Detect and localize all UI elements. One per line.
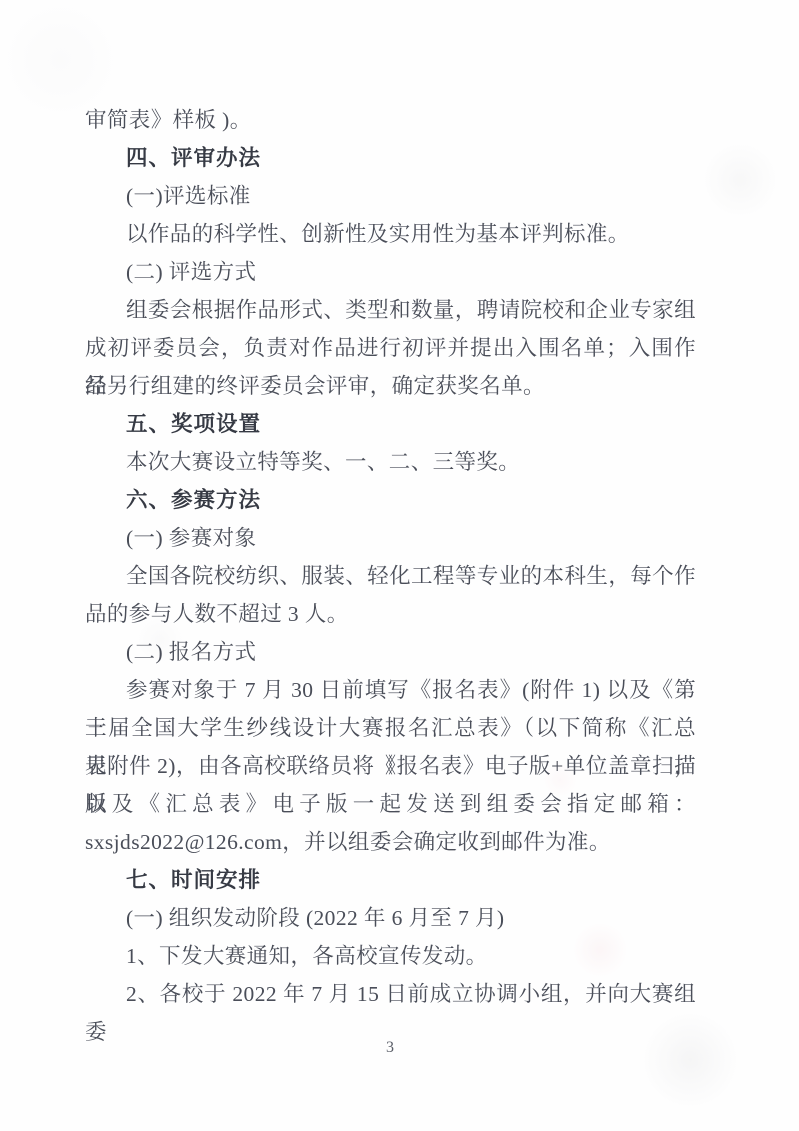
section-heading: 五、奖项设置: [85, 405, 696, 443]
scanned-document-page: 审简表》样板 )。 四、评审办法 (一)评选标准 以作品的科学性、创新性及实用性…: [0, 0, 799, 1131]
sub-heading: (一) 参赛对象: [85, 519, 696, 557]
sub-heading: (二) 报名方式: [85, 633, 696, 671]
text-line-email: sxsjds2022@126.com，并以组委会确定收到邮件为准。: [85, 823, 696, 861]
text-line: 以及《汇总表》电子版一起发送到组委会指定邮箱：: [85, 785, 696, 823]
section-heading: 七、时间安排: [85, 861, 696, 899]
text-line: 审简表》样板 )。: [85, 101, 696, 139]
text-line: 全国各院校纺织、服装、轻化工程等专业的本科生，每个作: [85, 557, 696, 595]
text-line: 组委会根据作品形式、类型和数量，聘请院校和企业专家组: [85, 291, 696, 329]
text-line: 成初评委员会，负责对作品进行初评并提出入围名单；入围作品: [85, 329, 696, 367]
text-line: 经另行组建的终评委员会评审，确定获奖名单。: [85, 367, 696, 405]
text-line: 1、下发大赛通知，各高校宣传发动。: [85, 937, 696, 975]
text-line: 以作品的科学性、创新性及实用性为基本评判标准。: [85, 215, 696, 253]
text-line: 见附件 2)，由各高校联络员将《报名表》电子版+单位盖章扫描版: [85, 747, 696, 785]
text-line: 本次大赛设立特等奖、一、二、三等奖。: [85, 443, 696, 481]
text-line: 三届全国大学生纱线设计大赛报名汇总表》（以下简称《汇总表》，: [85, 709, 696, 747]
sub-heading: (一)评选标准: [85, 177, 696, 215]
section-heading: 六、参赛方法: [85, 481, 696, 519]
text-line: (一) 组织发动阶段 (2022 年 6 月至 7 月): [85, 899, 696, 937]
text-line: 2、各校于 2022 年 7 月 15 日前成立协调小组，并向大赛组委: [85, 975, 696, 1013]
page-number: 3: [0, 1036, 780, 1060]
text-line: 参赛对象于 7 月 30 日前填写《报名表》(附件 1) 以及《第十: [85, 671, 696, 709]
sub-heading: (二) 评选方式: [85, 253, 696, 291]
document-body: 审简表》样板 )。 四、评审办法 (一)评选标准 以作品的科学性、创新性及实用性…: [85, 101, 696, 1013]
section-heading: 四、评审办法: [85, 139, 696, 177]
text-line: 品的参与人数不超过 3 人。: [85, 595, 696, 633]
